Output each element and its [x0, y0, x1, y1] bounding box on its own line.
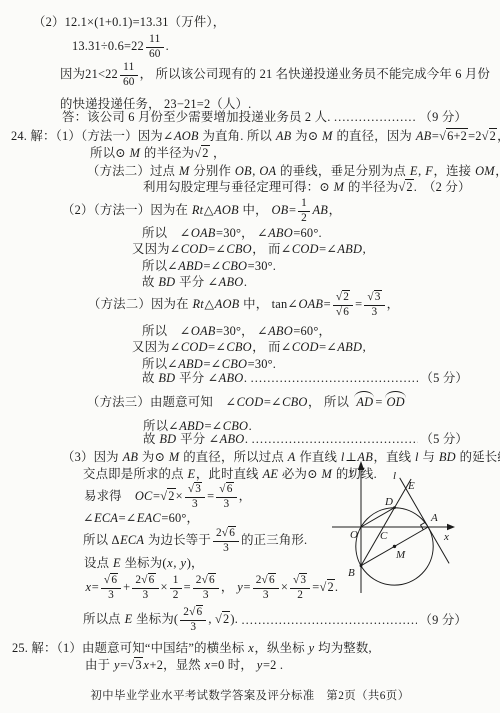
score-label: （5 分）	[421, 371, 468, 387]
y-axis-arrow	[358, 461, 364, 470]
figure-label-l: l	[393, 470, 396, 482]
solution-line: （方法二）因为在 Rt△AOB 中， tan∠OAB=√2√6=√33，	[88, 292, 399, 319]
figure-label-C: C	[380, 530, 388, 542]
figure-label-y: y	[348, 466, 354, 478]
solution-line: 答：该公司 6 月份至少需要增加投递业务员 2 人.………………………………………	[62, 110, 467, 126]
dot-leader: …………………………………………………………………………………………………………	[334, 110, 417, 126]
solution-line: 又因为∠COD=∠CBO， 而∠COD=∠ABD,	[132, 242, 366, 258]
point-M	[393, 545, 396, 548]
score-label: （9 分）	[420, 613, 467, 629]
dot-leader: …………………………………………………………………………………………………………	[250, 371, 417, 387]
solution-line: 24. 解：（1）（方法一）因为∠AOB 为直角. 所以 AB 为⊙ M 的直径…	[11, 129, 500, 145]
score-label: （5 分）	[421, 432, 468, 448]
solution-line: 所以∠ABD=∠CBO=30°.	[142, 259, 276, 275]
solution-line: 所以⊙ M 的半径为√2 ，	[90, 146, 226, 162]
solution-line: 利用勾股定理与垂径定理可得：⊙ M 的半径为√2.…………………………………………	[143, 180, 467, 196]
solution-line: 易求得 OC=√2×√33=√63，	[84, 484, 251, 511]
point-B	[360, 564, 363, 567]
solution-line: ∠ECA=∠EAC=60°，	[83, 511, 199, 527]
solution-line: 25. 解：（1）由题意可知“中国结”的横坐标 x，纵坐标 y 均为整数,	[12, 641, 372, 657]
figure-label-x: x	[443, 531, 449, 543]
solution-line: 所以 ΔECA 为边长等于2√63的正三角形.	[83, 528, 307, 555]
solution-line: （2）12.1×(1+0.1)=13.31（万件），	[33, 15, 225, 31]
x-axis-arrow	[447, 524, 455, 530]
geometry-figure: O A B C D E M x y l	[330, 458, 460, 598]
dot-leader: …………………………………………………………………………………………………………	[241, 613, 416, 629]
score-label: （2 分）	[423, 180, 470, 196]
solution-line: 所以 ∠OAB=30°， ∠ABO=60°.	[142, 226, 322, 242]
dot-leader: …………………………………………………………………………………………………………	[251, 432, 417, 448]
solution-line: 所以点 E 坐标为(2√63, √2).………………………………………………………	[83, 607, 467, 634]
solution-line: 设点 E 坐标为(x, y)，	[84, 556, 204, 572]
solution-line: 故 BD 平分 ∠ABO.…………………………………………………………………………	[143, 432, 468, 448]
solution-line: x=√63+2√63×12=2√63， y=2√63×√32=√2.	[85, 575, 338, 602]
solution-line: （2）（方法一）因为在 Rt△AOB 中， OB=12AB，	[62, 198, 341, 225]
solution-line: 所以 ∠OAB=30°， ∠ABO=60°，	[142, 324, 331, 340]
figure-label-B: B	[348, 567, 355, 579]
solution-line: 13.31÷0.6=221160.	[72, 34, 169, 61]
figure-label-O: O	[350, 529, 358, 541]
answer-sheet-page: （2）12.1×(1+0.1)=13.31（万件），13.31÷0.6=2211…	[0, 0, 500, 713]
figure-label-M: M	[395, 549, 406, 561]
solution-line: 又因为∠COD=∠CBO， 而∠COD=∠ABD,	[132, 340, 366, 356]
point-D	[393, 506, 396, 509]
figure-label-E: E	[407, 480, 415, 492]
solution-line: （方法三）由题意可知 ∠COD=∠CBO， 所以 AD=OD	[87, 395, 407, 411]
figure-label-D: D	[384, 496, 393, 508]
page-footer: 初中毕业学业水平考试数学答案及评分标准 第2页（共6页）	[0, 687, 500, 703]
solution-line: 由于 y=√3x+2，显然 x=0 时， y=2 .	[85, 658, 283, 674]
solution-line: 故 BD 平分 ∠ABO.	[142, 275, 247, 291]
solution-line: 故 BD 平分 ∠ABO.…………………………………………………………………………	[142, 371, 468, 387]
solution-line: （方法二）过点 M 分别作 OB, OA 的垂线，垂足分别为点 E, F，连接 …	[87, 164, 500, 180]
figure-label-A: A	[430, 512, 438, 524]
score-label: （9 分）	[420, 110, 467, 126]
solution-line: 因为21<221160， 所以该公司现有的 21 名快递投递业务员不能完成今年 …	[60, 62, 490, 89]
